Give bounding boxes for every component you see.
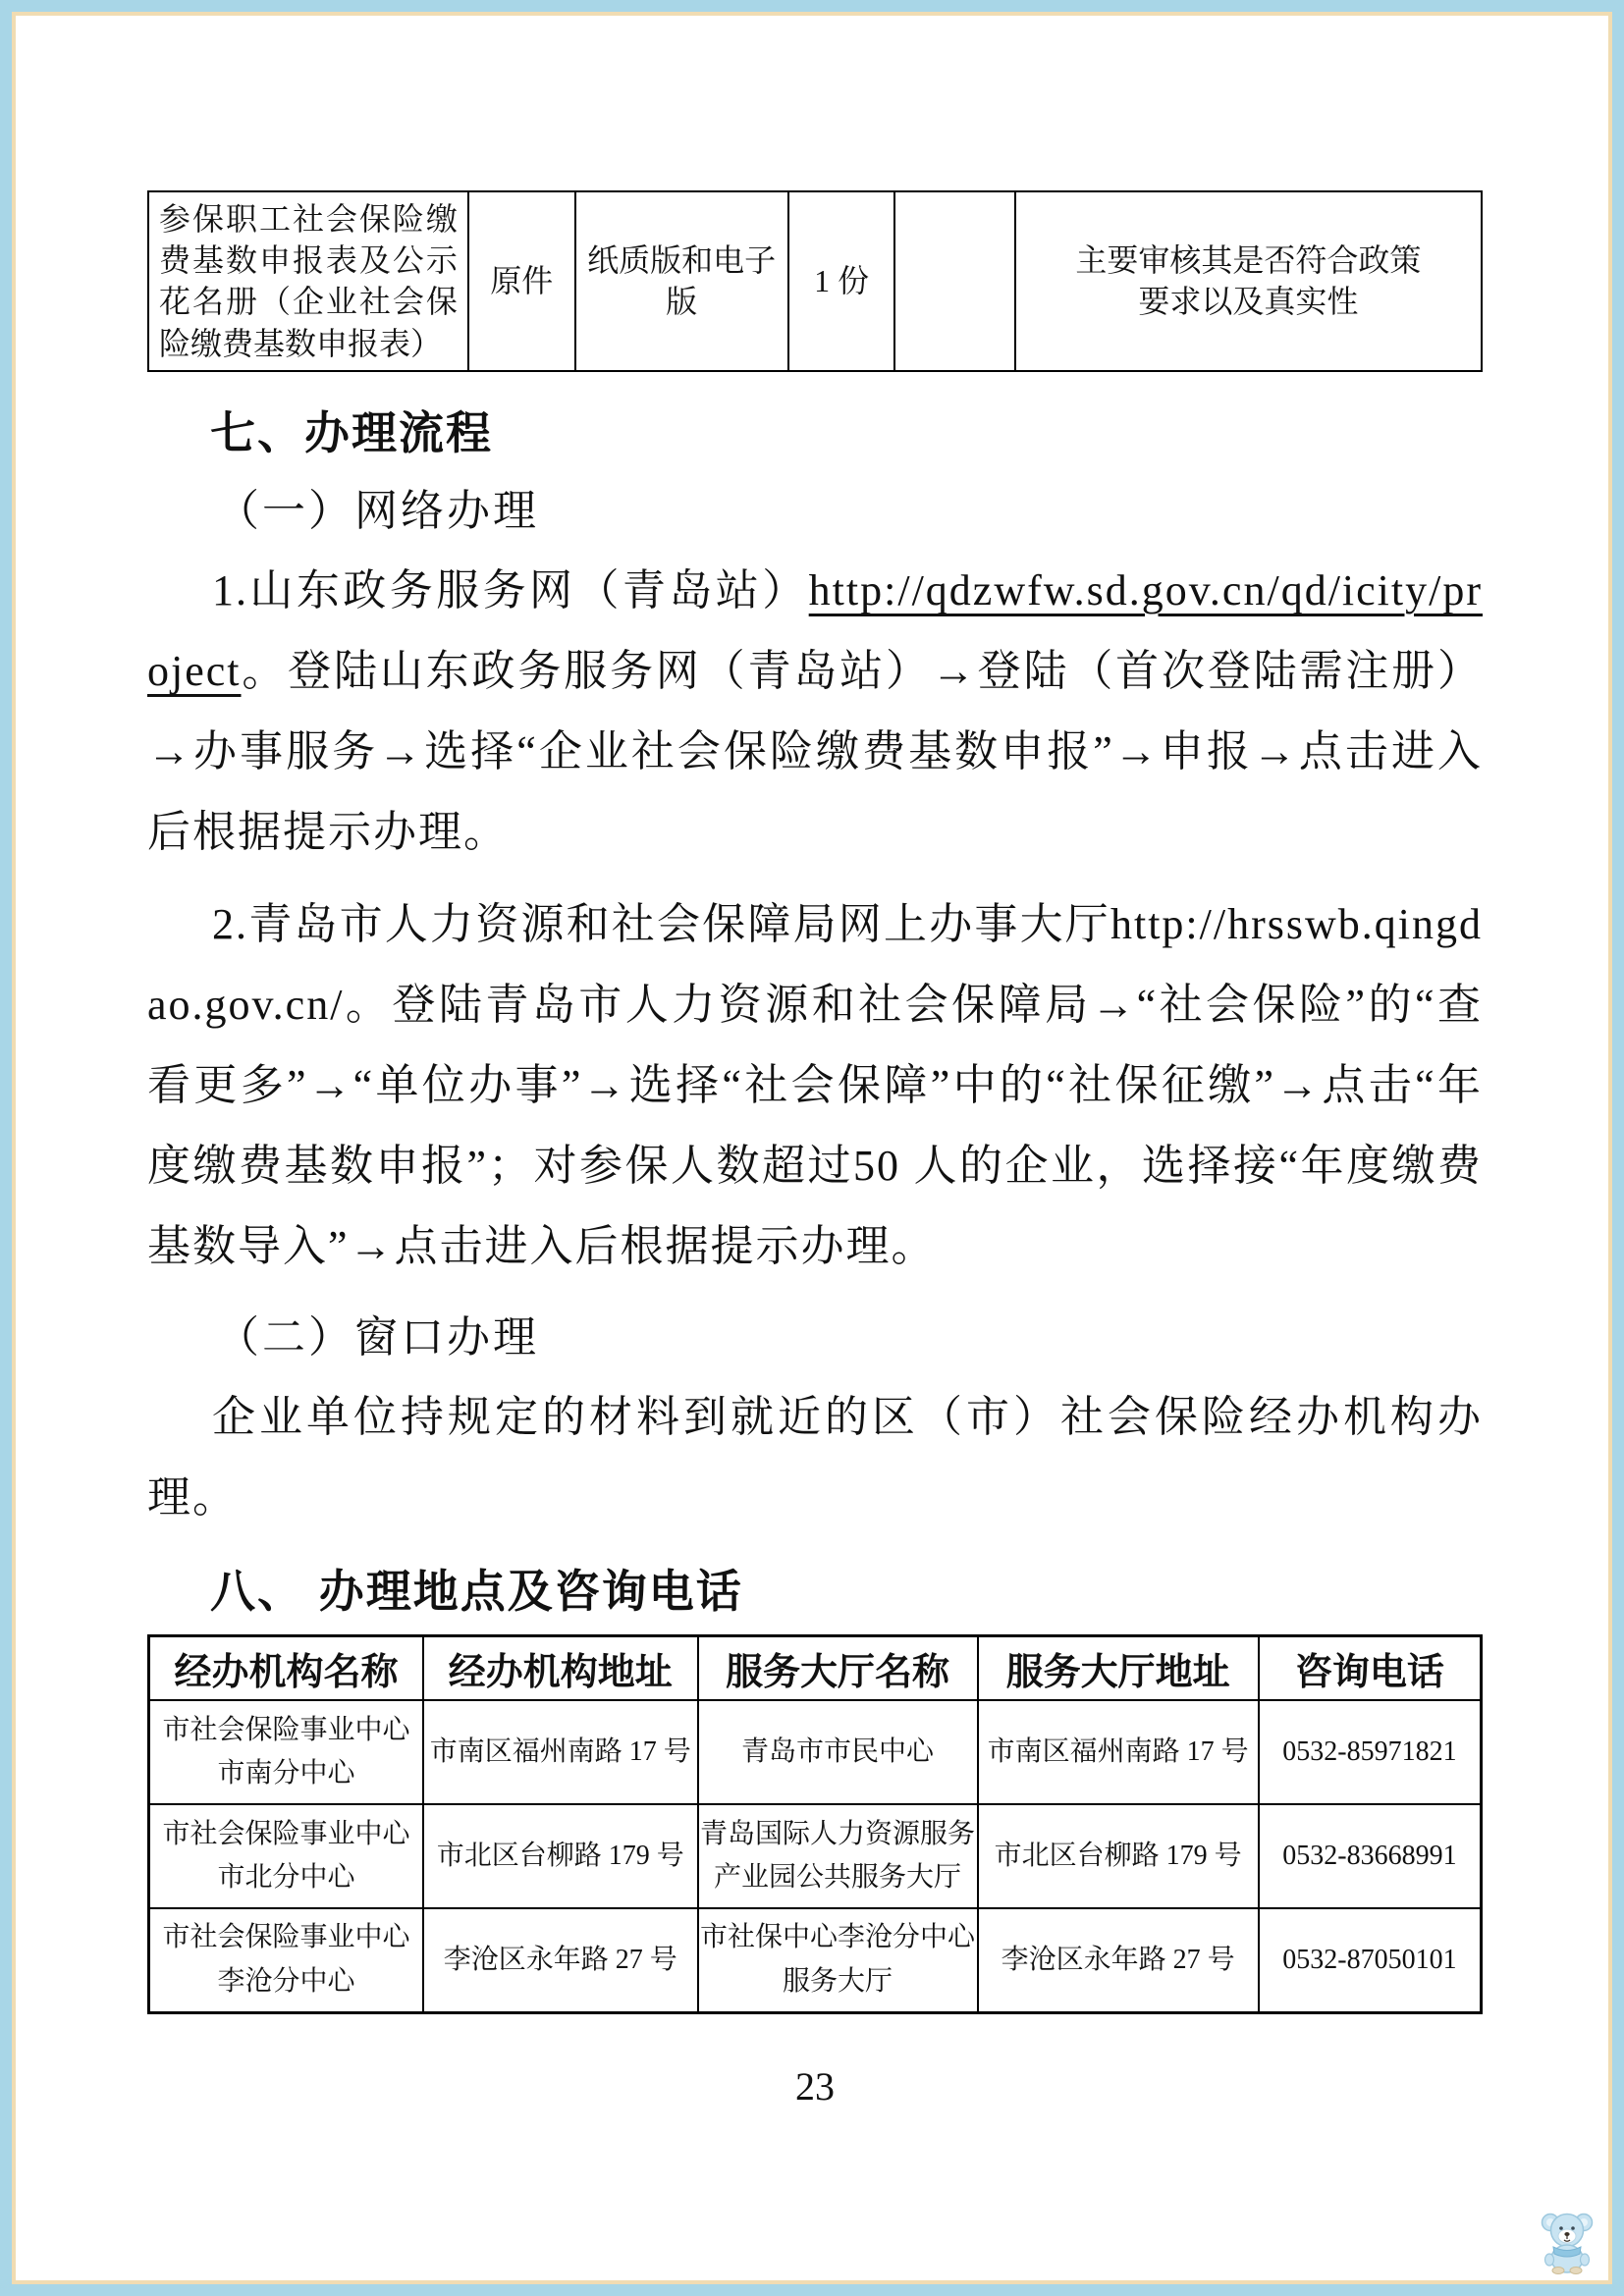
section-heading-7: 七、办理流程 — [147, 405, 1483, 460]
paragraph-text: 1.山东政务服务网（青岛站） — [212, 566, 809, 614]
quantity-cell: 1 份 — [788, 191, 895, 371]
paragraph-online-2: 2.青岛市人力资源和社会保障局网上办事大厅http://hrsswb.qingd… — [147, 884, 1483, 1287]
phone-cell: 0532-87050101 — [1259, 1908, 1482, 2012]
phone-cell: 0532-83668991 — [1259, 1804, 1482, 1908]
paragraph-online-1: 1.山东政务服务网（青岛站）http://qdzwfw.sd.gov.cn/qd… — [147, 551, 1483, 873]
section-heading-8: 八、 办理地点及咨询电话 — [147, 1564, 1483, 1619]
hall-address-cell: 市北区台柳路 179 号 — [978, 1804, 1259, 1908]
column-header: 服务大厅地址 — [978, 1635, 1259, 1700]
teddy-bear-icon — [1538, 2208, 1597, 2274]
hall-name-cell: 市社保中心李沧分中心 服务大厅 — [698, 1908, 978, 2012]
page-content: 参保职工社会保险缴费基数申报表及公示花名册（企业社会保险缴费基数申报表） 原件 … — [147, 12, 1483, 2114]
agency-name-cell: 市社会保险事业中心 李沧分中心 — [149, 1908, 424, 2012]
table-row: 市社会保险事业中心 市北分中心 市北区台柳路 179 号 青岛国际人力资源服务 … — [149, 1804, 1482, 1908]
empty-cell — [894, 191, 1014, 371]
agency-name-cell: 市社会保险事业中心 市北分中心 — [149, 1804, 424, 1908]
locations-table: 经办机构名称 经办机构地址 服务大厅名称 服务大厅地址 咨询电话 市社会保险事业… — [147, 1634, 1483, 2014]
page-number: 23 — [147, 2059, 1483, 2114]
paragraph-window: 企业单位持规定的材料到就近的区（市）社会保险经办机构办理。 — [147, 1377, 1483, 1538]
agency-address-cell: 市北区台柳路 179 号 — [423, 1804, 698, 1908]
agency-address-cell: 李沧区永年路 27 号 — [423, 1908, 698, 2012]
subsection-2-window: （二）窗口办理 — [147, 1310, 1483, 1365]
format-cell: 纸质版和电子 版 — [575, 191, 788, 371]
column-header: 经办机构地址 — [423, 1635, 698, 1700]
table-row: 市社会保险事业中心 李沧分中心 李沧区永年路 27 号 市社保中心李沧分中心 服… — [149, 1908, 1482, 2012]
table-row: 参保职工社会保险缴费基数申报表及公示花名册（企业社会保险缴费基数申报表） 原件 … — [148, 191, 1482, 371]
hall-name-cell: 青岛国际人力资源服务 产业园公共服务大厅 — [698, 1804, 978, 1908]
original-copy-cell: 原件 — [468, 191, 575, 371]
review-requirement-cell: 主要审核其是否符合政策 要求以及真实性 — [1015, 191, 1482, 371]
column-header: 经办机构名称 — [149, 1635, 424, 1700]
hall-address-cell: 市南区福州南路 17 号 — [978, 1700, 1259, 1804]
hall-name-cell: 青岛市市民中心 — [698, 1700, 978, 1804]
document-page: 参保职工社会保险缴费基数申报表及公示花名册（企业社会保险缴费基数申报表） 原件 … — [0, 0, 1624, 2296]
agency-address-cell: 市南区福州南路 17 号 — [423, 1700, 698, 1804]
subsection-1-online: （一）网络办理 — [147, 484, 1483, 539]
phone-cell: 0532-85971821 — [1259, 1700, 1482, 1804]
table-row: 市社会保险事业中心 市南分中心 市南区福州南路 17 号 青岛市市民中心 市南区… — [149, 1700, 1482, 1804]
hall-address-cell: 李沧区永年路 27 号 — [978, 1908, 1259, 2012]
materials-table: 参保职工社会保险缴费基数申报表及公示花名册（企业社会保险缴费基数申报表） 原件 … — [147, 190, 1483, 372]
agency-name-cell: 市社会保险事业中心 市南分中心 — [149, 1700, 424, 1804]
column-header: 服务大厅名称 — [698, 1635, 978, 1700]
paragraph-text: 。登陆山东政务服务网（青岛站）→登陆（首次登陆需注册）→办事服务→选择“企业社会… — [147, 647, 1483, 856]
material-name-cell: 参保职工社会保险缴费基数申报表及公示花名册（企业社会保险缴费基数申报表） — [148, 191, 468, 371]
table-header-row: 经办机构名称 经办机构地址 服务大厅名称 服务大厅地址 咨询电话 — [149, 1635, 1482, 1700]
column-header: 咨询电话 — [1259, 1635, 1482, 1700]
